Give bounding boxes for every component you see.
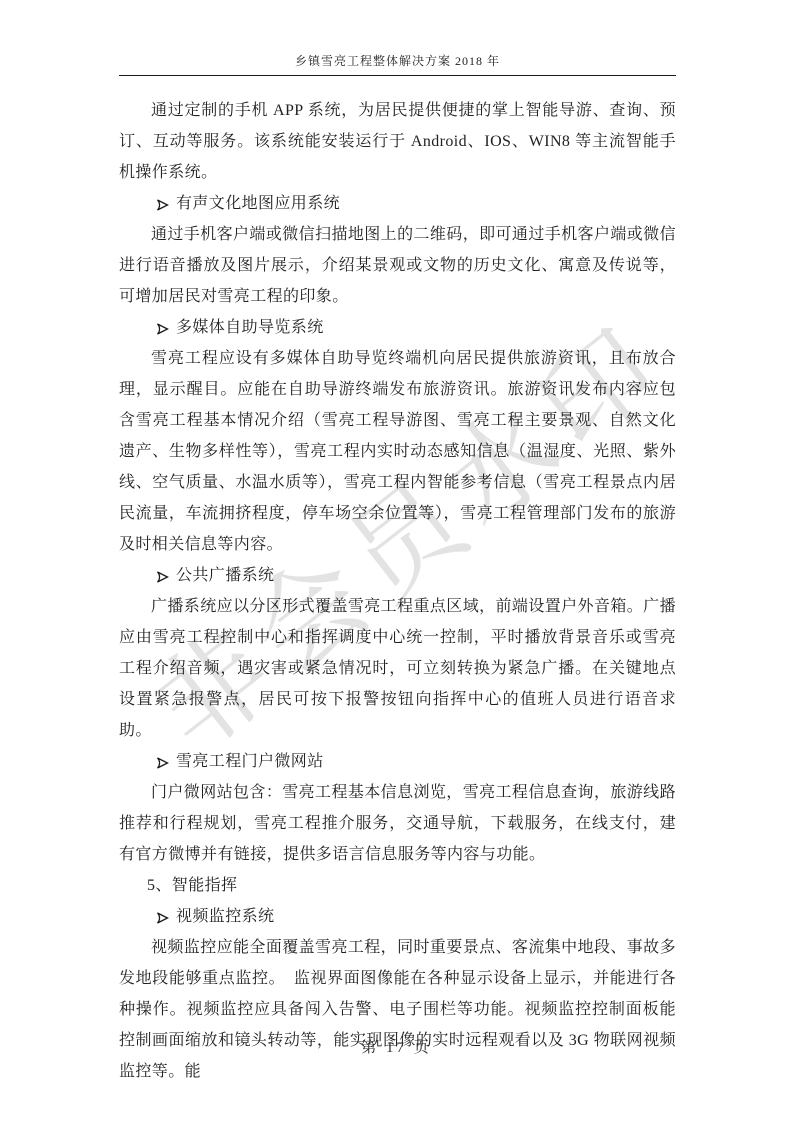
arrow-bullet-icon [156, 912, 169, 924]
heading-label: 5、智能指挥 [147, 877, 237, 894]
paragraph-app-system: 通过定制的手机 APP 系统，为居民提供便捷的掌上智能导游、查询、预订、互动等服… [119, 95, 676, 188]
arrow-bullet-icon [156, 757, 169, 769]
paragraph-surveillance-coverage: 视频监控应能全面覆盖雪亮工程，同时重要景点、客流集中地段、事故多发地段能够重点监… [119, 932, 676, 1087]
bullet-item-audio-culture-map: 有声文化地图应用系统 [119, 188, 676, 219]
paragraph-broadcast-system: 广播系统应以分区形式覆盖雪亮工程重点区域，前端设置户外音箱。广播应由雪亮工程控制… [119, 591, 676, 746]
arrow-bullet-icon [156, 199, 169, 211]
arrow-bullet-icon [156, 323, 169, 335]
header-title: 乡镇雪亮工程整体解决方案 2018 年 [295, 54, 500, 68]
bullet-item-public-broadcast: 公共广播系统 [119, 560, 676, 591]
bullet-item-portal-microsite: 雪亮工程门户微网站 [119, 746, 676, 777]
page-header: 乡镇雪亮工程整体解决方案 2018 年 [119, 52, 676, 76]
bullet-item-multimedia-guide: 多媒体自助导览系统 [119, 312, 676, 343]
page-footer: 第 17 页 [0, 1036, 793, 1057]
bullet-label: 视频监控系统 [176, 901, 274, 932]
document-page: { "header": { "title": "乡镇雪亮工程整体解决方案 201… [0, 0, 793, 1122]
page-number: 第 17 页 [361, 1040, 432, 1056]
bullet-label: 有声文化地图应用系统 [176, 188, 340, 219]
paragraph-guide-terminal: 雪亮工程应设有多媒体自助导览终端机向居民提供旅游资讯，且布放合理，显示醒目。应能… [119, 343, 676, 560]
numbered-heading-smart-command: 5、智能指挥 [119, 870, 676, 901]
document-body: 通过定制的手机 APP 系统，为居民提供便捷的掌上智能导游、查询、预订、互动等服… [119, 95, 676, 1087]
bullet-item-video-surveillance: 视频监控系统 [119, 901, 676, 932]
bullet-label: 多媒体自助导览系统 [176, 312, 324, 343]
paragraph-qr-code: 通过手机客户端或微信扫描地图上的二维码，即可通过手机客户端或微信进行语音播放及图… [119, 219, 676, 312]
paragraph-microsite-features: 门户微网站包含：雪亮工程基本信息浏览，雪亮工程信息查询，旅游线路推荐和行程规划，… [119, 777, 676, 870]
bullet-label: 雪亮工程门户微网站 [176, 746, 324, 777]
arrow-bullet-icon [156, 571, 169, 583]
bullet-label: 公共广播系统 [176, 560, 274, 591]
